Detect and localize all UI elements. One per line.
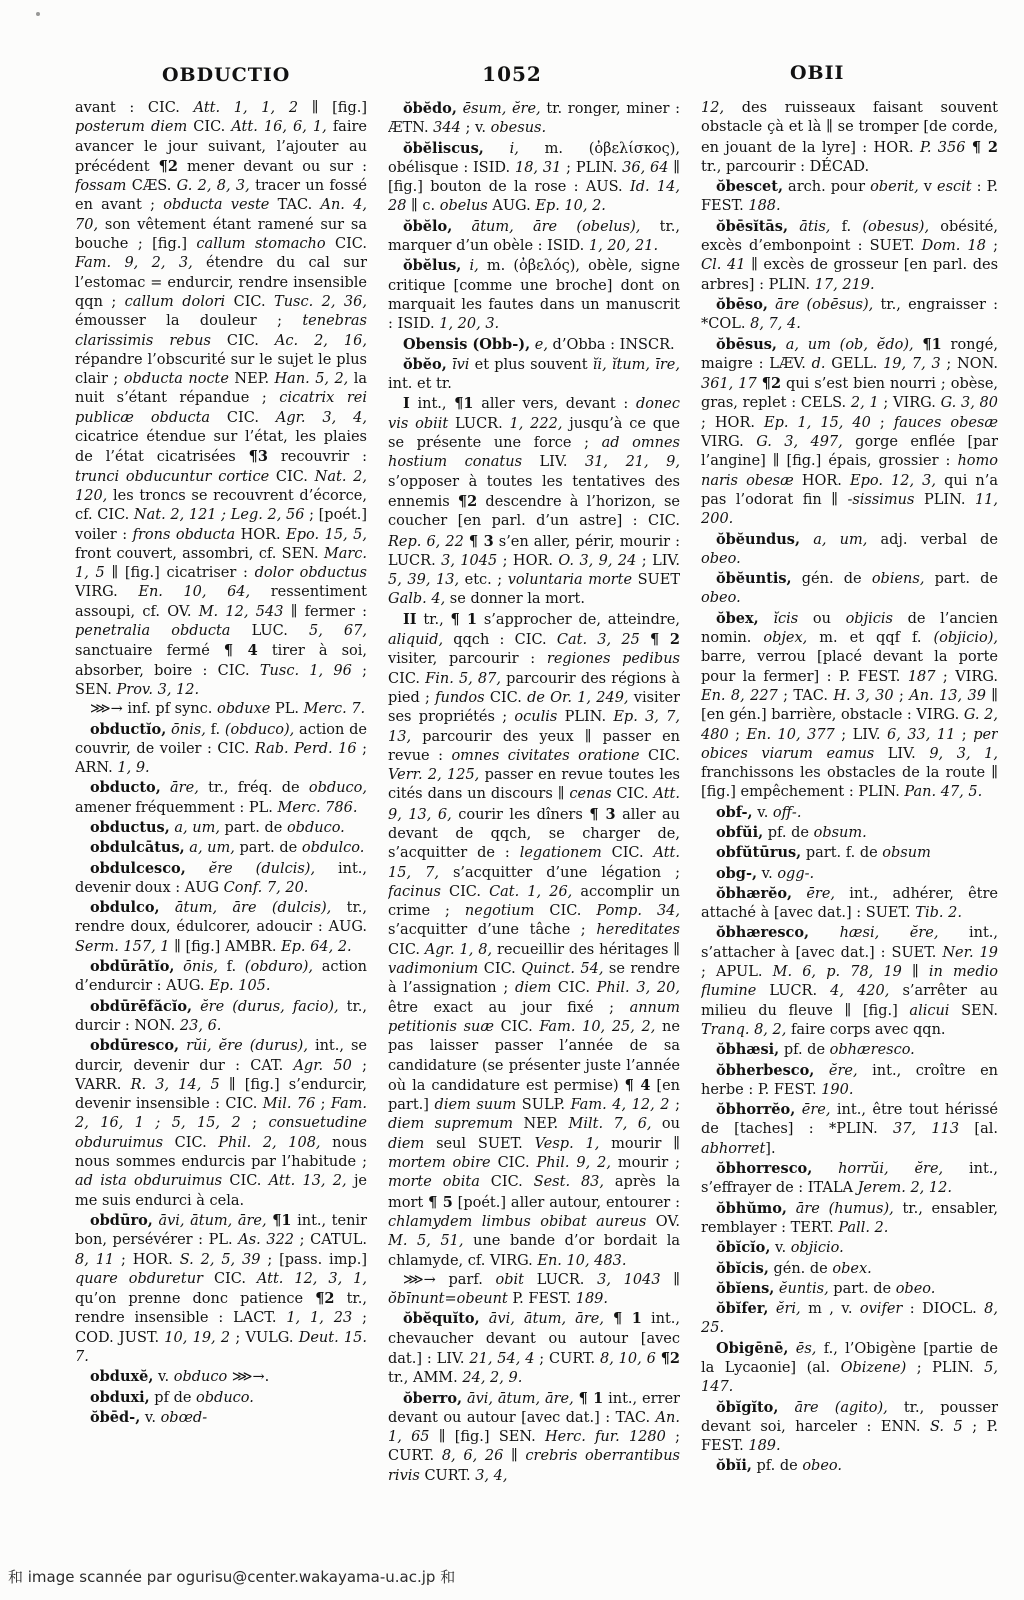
- entry-text: gén. de: [769, 1261, 833, 1277]
- latin-citation: 3, 1045: [441, 553, 497, 569]
- entry-text: ;: [241, 1115, 269, 1131]
- entry-text: [788, 219, 799, 235]
- entry-text: adj. verbal de: [867, 532, 998, 548]
- latin-citation: ēs,: [796, 1341, 817, 1357]
- entry-text: [759, 611, 774, 627]
- latin-citation: Ep. 1, 15, 40: [764, 415, 871, 431]
- dictionary-entry: ŏbherbesco, ĕre, int., croître en herbe …: [701, 1061, 998, 1101]
- latin-citation: Ep. 105.: [209, 978, 270, 994]
- entry-text: LUCR.: [448, 416, 509, 432]
- latin-citation: obducta veste: [163, 197, 269, 213]
- latin-citation: 190.: [821, 1082, 853, 1098]
- latin-citation: escit: [937, 179, 972, 195]
- latin-citation: obelus: [440, 198, 488, 214]
- entry-text: part. de: [220, 820, 287, 836]
- latin-citation: a, um,: [174, 820, 220, 836]
- headword: obdulcātus,: [90, 839, 185, 856]
- latin-citation: Prov. 3, 12.: [117, 682, 200, 698]
- latin-citation: callum dolori: [125, 294, 226, 310]
- latin-citation: Han. 5, 2,: [275, 371, 349, 387]
- latin-citation: 4, 420,: [830, 983, 889, 999]
- latin-citation: īvi: [452, 357, 469, 373]
- latin-citation: ōnis,: [183, 959, 218, 975]
- entry-text: ;: [315, 1096, 331, 1112]
- latin-citation: En. 10, 64,: [138, 584, 250, 600]
- headword: obdūresco,: [90, 1037, 179, 1054]
- latin-citation: 3, 4,: [475, 1468, 507, 1484]
- entry-text: f.: [218, 959, 245, 975]
- dictionary-entry: ŏbēsus, a, um (ob, ĕdo), ¶1 rongé, maigr…: [701, 335, 998, 530]
- entry-text: HOR.: [794, 473, 850, 489]
- section-mark: ¶ 1: [451, 611, 478, 628]
- entry-text: sanctuaire fermé: [75, 643, 224, 659]
- latin-citation: 188.: [748, 198, 780, 214]
- entry-text: [809, 925, 840, 941]
- latin-citation: legationem: [520, 845, 602, 861]
- page-number: 1052: [482, 62, 542, 86]
- dictionary-entry: ŏbĭcis, gén. de obex.: [701, 1259, 998, 1279]
- latin-citation: ogg-.: [777, 866, 814, 882]
- dictionary-entry: Obensis (Obb-), e, d’Obba : INSCR.: [388, 335, 680, 355]
- entry-text: GELL.: [826, 356, 884, 372]
- entry-text: part. f. de: [801, 845, 882, 861]
- entry-text: CIC.: [326, 236, 367, 252]
- latin-citation: fossam: [75, 178, 126, 194]
- section-mark: ¶2: [661, 1350, 680, 1367]
- latin-citation: 10, 19, 2: [164, 1330, 230, 1346]
- dictionary-entry: ŏbĕliscus, i, m. (ὀβελίσκος), obélisque …: [388, 139, 680, 217]
- latin-citation: objex,: [763, 630, 807, 646]
- headword: obduxĕ,: [90, 1368, 153, 1385]
- section-mark: ¶ 4: [625, 1077, 651, 1094]
- latin-citation: G. 3, 497,: [756, 434, 843, 450]
- latin-citation: obsum: [882, 845, 931, 861]
- entry-text: être exact au jour fixé ;: [388, 1000, 630, 1016]
- latin-citation: off-.: [773, 805, 802, 821]
- section-mark: ¶ 2: [650, 631, 680, 648]
- entry-text: SUET: [632, 572, 680, 588]
- entry-text: [174, 959, 183, 975]
- entry-text: ;: [894, 688, 910, 704]
- entry-text: recueillir des héritages ∥: [492, 942, 680, 958]
- latin-citation: Att. 1, 1, 2: [194, 100, 298, 116]
- headword: ŏbēsus,: [716, 336, 777, 353]
- headword: obductus,: [90, 819, 170, 836]
- headword: ŏbĭi,: [716, 1457, 752, 1474]
- entry-text: v.: [140, 1410, 160, 1426]
- entry-text: ⋙→.: [227, 1369, 269, 1385]
- scan-speck: [36, 12, 40, 16]
- latin-citation: de Or. 1, 249,: [527, 690, 628, 706]
- latin-citation: diem: [515, 980, 551, 996]
- entry-text: [poét.] aller autour, entourer :: [453, 1195, 680, 1211]
- dictionary-entry: obf-, v. off-.: [701, 803, 998, 823]
- entry-text: v.: [153, 1369, 173, 1385]
- latin-citation: Verr. 2, 125,: [388, 767, 479, 783]
- dictionary-entry: obdulco, ātum, āre (dulcis), tr., rendre…: [75, 898, 367, 957]
- latin-citation: 31, 21, 9,: [585, 454, 680, 470]
- entry-text: d’Obba : INSCR.: [548, 337, 675, 353]
- latin-citation: M. 5, 51,: [388, 1233, 464, 1249]
- dictionary-entry: obfŭi, pf. de obsum.: [701, 823, 998, 843]
- dictionary-entry: ŏbhŭmo, āre (humus), tr., ensabler, remb…: [701, 1199, 998, 1239]
- latin-citation: ĭi, ĭtum, īre,: [593, 357, 680, 373]
- latin-citation: Cat. 1, 26,: [489, 884, 572, 900]
- entry-text: [800, 532, 813, 548]
- latin-citation: ātum, āre (obelus),: [472, 219, 641, 235]
- entry-text: v.: [753, 805, 773, 821]
- headword: ŏbĕlus,: [403, 257, 461, 274]
- headword: ŏbĕdo,: [403, 100, 457, 117]
- headword: obdulco,: [90, 899, 160, 916]
- latin-citation: oculis: [514, 709, 557, 725]
- entry-text: ; VIRG.: [879, 395, 941, 411]
- latin-citation: Cl. 41: [701, 257, 745, 273]
- latin-citation: Fam. 10, 25, 2,: [539, 1019, 655, 1035]
- entry-text: int.,: [410, 396, 454, 412]
- entry-text: CURT.: [420, 1468, 475, 1484]
- latin-citation: ēre,: [806, 886, 835, 902]
- latin-citation: morte obita: [388, 1174, 480, 1190]
- entry-text: ; PLIN.: [561, 160, 622, 176]
- entry-text: int. et tr.: [388, 376, 452, 392]
- entry-text: LUCR.: [756, 983, 830, 999]
- entry-text: : DIOCL.: [902, 1301, 984, 1317]
- section-mark: ¶ 4: [224, 642, 258, 659]
- latin-citation: -sissimus: [847, 492, 914, 508]
- section-mark: ¶ 3: [469, 533, 494, 550]
- section-mark: ¶1: [454, 395, 473, 412]
- headword: ŏbĕquĭto,: [403, 1310, 480, 1327]
- latin-citation: ēre,: [802, 1102, 831, 1118]
- headword: obf-,: [716, 804, 753, 821]
- section-mark: ¶ 2: [972, 139, 998, 156]
- dictionary-entry: ŏbescet, arch. pour oberit, v escit : P.…: [701, 177, 998, 217]
- latin-citation: alicui: [909, 1003, 949, 1019]
- entry-text: CIC.: [269, 469, 315, 485]
- entry-text: [777, 337, 786, 353]
- dictionary-entry: ŏbĕuntis, gén. de obiens, part. de obeo.: [701, 569, 998, 609]
- section-mark: ¶1: [922, 336, 941, 353]
- latin-citation: obœd-: [161, 1410, 208, 1426]
- entry-text: LIV.: [522, 454, 585, 470]
- entry-text: ; TAC.: [778, 688, 834, 704]
- entry-text: s’acquitter d’une légation ;: [439, 865, 680, 881]
- latin-citation: horrŭi, ĕre,: [838, 1161, 943, 1177]
- headword: obdūrēfăcĭo,: [90, 998, 192, 1015]
- entry-text: mourir ;: [611, 1155, 680, 1171]
- dictionary-entry: obdūrātĭo, ōnis, f. (obduro), action d’e…: [75, 957, 367, 997]
- latin-citation: 8, 6, 26: [442, 1448, 504, 1464]
- entry-text: CIC.: [441, 884, 489, 900]
- latin-citation: 361, 17: [701, 376, 757, 392]
- latin-citation: posterum diem: [75, 119, 187, 135]
- entry-text: front couvert, assombri, cf. SEN.: [75, 546, 324, 562]
- latin-citation: 17, 219.: [815, 277, 875, 293]
- entry-text: ∥: [661, 1272, 680, 1288]
- headword: ŏbĭcĭo,: [716, 1239, 770, 1256]
- latin-citation: i,: [469, 258, 478, 274]
- dictionary-entry: ŏbĕdo, ēsum, ĕre, tr. ronger, miner : ÆT…: [388, 99, 680, 139]
- latin-citation: rŭi, ĕre (durus),: [186, 1038, 308, 1054]
- latin-citation: i,: [510, 141, 519, 157]
- latin-citation: Epo. 15, 5,: [286, 527, 367, 543]
- entry-text: CIC.: [210, 410, 276, 426]
- entry-text: v: [919, 179, 937, 195]
- entry-text: pf. de: [763, 825, 813, 841]
- headword: ŏbĭfer,: [716, 1300, 768, 1317]
- entry-text: CIC.: [640, 748, 680, 764]
- entry-text: [814, 1063, 829, 1079]
- running-head-left: OBDUCTIO: [162, 64, 290, 86]
- latin-citation: a, um (ob, ĕdo),: [786, 337, 914, 353]
- latin-citation: ātis,: [799, 219, 830, 235]
- latin-citation: āre (agito),: [794, 1400, 887, 1416]
- column-2: ŏbĕdo, ēsum, ĕre, tr. ronger, miner : ÆT…: [388, 99, 680, 1537]
- latin-citation: obduco.: [287, 820, 345, 836]
- latin-citation: penetralia obducta: [75, 623, 230, 639]
- latin-citation: Nat. 2, 121 ; Leg. 2, 56: [134, 507, 305, 523]
- entry-text: pf. de: [779, 1042, 829, 1058]
- latin-citation: Merc. 7.: [304, 701, 366, 717]
- entry-text: OV.: [646, 1214, 680, 1230]
- entry-text: ; CURT.: [534, 1351, 600, 1367]
- entry-text: AUG.: [488, 198, 536, 214]
- latin-citation: āre,: [170, 780, 199, 796]
- latin-citation: 19, 7, 3: [883, 356, 941, 372]
- dictionary-entry: ŏbĕquĭto, āvi, ātum, āre, ¶ 1 int., chev…: [388, 1309, 680, 1388]
- dictionary-entry: obductus, a, um, part. de obduco.: [75, 818, 367, 838]
- latin-citation: Ep. 64, 2.: [281, 939, 352, 955]
- latin-citation: abhorret: [701, 1141, 765, 1157]
- dictionary-entry: obdulcātus, a, um, part. de obdulco.: [75, 838, 367, 858]
- headword: obduxi,: [90, 1389, 150, 1406]
- headword: obfŭtūrus,: [716, 844, 801, 861]
- section-mark: ¶1: [272, 1212, 291, 1229]
- entry-text: tr., fréq. de: [199, 780, 309, 796]
- latin-citation: R. 3, 14, 5: [131, 1077, 220, 1093]
- entry-text: ; [pass. imp.]: [260, 1252, 367, 1268]
- latin-citation: callum stomacho: [196, 236, 325, 252]
- entry-text: PLIN.: [557, 709, 613, 725]
- headword: ŏbĭcis,: [716, 1260, 769, 1277]
- entry-text: m. et qqf f.: [807, 630, 933, 646]
- latin-citation: 1, 222,: [510, 416, 563, 432]
- latin-citation: obesus.: [491, 120, 546, 136]
- entry-text: CIC.: [494, 1019, 539, 1035]
- latin-citation: 2, 1: [851, 395, 879, 411]
- dictionary-entry: obdūro, āvi, ātum, āre, ¶1 int., tenir b…: [75, 1211, 367, 1367]
- entry-text: VIRG.: [701, 434, 756, 450]
- dictionary-entry: ŏbhæresco, hæsi, ĕre, int., s’attacher à…: [701, 923, 998, 1040]
- entry-text: CIC.: [485, 690, 527, 706]
- latin-citation: Ner. 19: [942, 945, 998, 961]
- dictionary-entry: ŏbhorrĕo, ēre, int., être tout hérissé d…: [701, 1100, 998, 1159]
- latin-citation: 24, 2, 9.: [462, 1370, 522, 1386]
- dictionary-entry: ŏbĕlus, i, m. (ὀβελός), obèle, signe cri…: [388, 256, 680, 334]
- latin-citation: mortem obire: [388, 1155, 491, 1171]
- headword: ŏbhorrĕo,: [716, 1101, 795, 1118]
- latin-citation: Rab. Perd. 16: [255, 741, 357, 757]
- entry-text: [788, 1341, 795, 1357]
- latin-citation: ŏbīnunt=obeunt: [388, 1291, 508, 1307]
- entry-text: ; LIV.: [636, 553, 680, 569]
- latin-citation: Jerem. 2, 12.: [858, 1180, 952, 1196]
- entry-text: ∥: [503, 1448, 525, 1464]
- latin-citation: Ac. 2, 16,: [275, 333, 367, 349]
- entry-text: etc. ;: [459, 572, 508, 588]
- latin-citation: dolor obductus: [255, 565, 367, 581]
- latin-citation: An. 13, 39: [909, 688, 986, 704]
- latin-citation: Pomp. 34,: [596, 903, 680, 919]
- latin-citation: ĕre (durus, facio),: [200, 999, 339, 1015]
- entry-text: CIC.: [534, 903, 596, 919]
- headword: obducto,: [90, 779, 161, 796]
- entry-text: [768, 1301, 775, 1317]
- entry-text: ;: [670, 1097, 680, 1113]
- latin-citation: H. 3, 30: [833, 688, 893, 704]
- entry-text: avant : CIC.: [75, 100, 194, 116]
- latin-citation: obhæresco.: [830, 1042, 915, 1058]
- headword: ŏbĭgĭto,: [716, 1399, 778, 1416]
- dictionary-entry: 12, des ruisseaux faisant souvent obstac…: [701, 99, 998, 177]
- dictionary-entry: ŏbhæsi, pf. de obhæresco.: [701, 1040, 998, 1060]
- latin-citation: Milt. 7, 6,: [569, 1116, 652, 1132]
- latin-citation: objicis: [846, 611, 893, 627]
- latin-citation: vadimonium: [388, 961, 478, 977]
- latin-citation: En. 10, 483.: [537, 1253, 626, 1269]
- section-mark: ¶ 1: [579, 1390, 604, 1407]
- latin-citation: (objicio),: [933, 630, 998, 646]
- latin-citation: obex.: [832, 1261, 871, 1277]
- latin-citation: En. 8, 227: [701, 688, 778, 704]
- entry-text: pf de: [150, 1390, 196, 1406]
- dictionary-entry: obdulcesco, ĕre (dulcis), int., devenir …: [75, 859, 367, 899]
- headword: ŏbhærĕo,: [716, 885, 792, 902]
- dictionary-entry: ŏbhorresco, horrŭi, ĕre, int., s’effraye…: [701, 1159, 998, 1199]
- entry-text: ;: [986, 238, 998, 254]
- latin-citation: Tranq. 8, 2,: [701, 1022, 786, 1038]
- latin-citation: 189.: [748, 1438, 780, 1454]
- entry-text: f.: [830, 219, 862, 235]
- latin-citation: O. 3, 9, 24: [558, 553, 636, 569]
- headword: ŏbĕliscus,: [403, 140, 484, 157]
- entry-text: ∥ fermer :: [283, 604, 367, 620]
- latin-citation: ad ista obduruimus: [75, 1173, 222, 1189]
- entry-text: émousser la douleur ;: [75, 313, 302, 329]
- headword: obg-,: [716, 865, 757, 882]
- entry-text: part. de: [235, 840, 302, 856]
- headword: ŏberro,: [403, 1390, 462, 1407]
- entry-text: LIV.: [874, 746, 929, 762]
- latin-citation: S. 2, 5, 39: [180, 1252, 261, 1268]
- latin-citation: 6, 33, 11: [887, 727, 955, 743]
- latin-citation: Pall. 2.: [838, 1220, 888, 1236]
- entry-text: ; v.: [461, 120, 491, 136]
- entry-text: ; APUL.: [701, 964, 773, 980]
- latin-citation: S. 5: [930, 1419, 963, 1435]
- entry-text: VIRG.: [75, 584, 138, 600]
- latin-citation: hæsi, ĕre,: [840, 925, 939, 941]
- headword: ŏbex,: [716, 610, 759, 627]
- dictionary-entry: obdūrēfăcĭo, ĕre (durus, facio), tr., du…: [75, 997, 367, 1037]
- entry-text: pf. de: [752, 1458, 802, 1474]
- column-1: avant : CIC. Att. 1, 1, 2 ∥ [fig.] poste…: [75, 99, 367, 1537]
- latin-citation: Tusc. 2, 36,: [274, 294, 367, 310]
- latin-citation: objicio.: [791, 1240, 844, 1256]
- latin-citation: obdulco.: [302, 840, 364, 856]
- entry-text: CIC.: [478, 961, 521, 977]
- entry-text: P. FEST.: [508, 1291, 576, 1307]
- headword: ŏbĕlo,: [403, 218, 452, 235]
- latin-citation: Vesp. 1,: [535, 1136, 600, 1152]
- latin-citation: hereditates: [596, 922, 680, 938]
- latin-citation: 189.: [576, 1291, 608, 1307]
- entry-text: CIC.: [163, 1135, 218, 1151]
- latin-citation: facinus: [388, 884, 441, 900]
- page-header: OBDUCTIO 1052 OBII: [0, 62, 1024, 92]
- entry-text: SULP.: [516, 1097, 570, 1113]
- dictionary-entry: I int., ¶1 aller vers, devant : donec vi…: [388, 394, 680, 609]
- latin-citation: Agr. 3, 4,: [276, 410, 367, 426]
- dictionary-entry: ŏbēso, āre (obēsus), tr., engraisser : *…: [701, 295, 998, 335]
- entry-text: mener devant ou sur :: [178, 159, 367, 175]
- latin-citation: chlamydem limbus obibat aureus: [388, 1214, 646, 1230]
- dictionary-entry: ŏbĕundus, a, um, adj. verbal de obeo.: [701, 530, 998, 570]
- latin-citation: M. 6, p. 78, 19: [773, 964, 902, 980]
- latin-citation: 344: [433, 120, 461, 136]
- latin-citation: ĕuntis,: [779, 1281, 829, 1297]
- dictionary-entry: ŏbĭgĭto, āre (agito), tr., pousser devan…: [701, 1398, 998, 1457]
- entry-text: ;: [955, 727, 973, 743]
- latin-citation: obeo.: [701, 590, 741, 606]
- entry-text: [161, 780, 170, 796]
- latin-citation: obiens,: [872, 571, 925, 587]
- latin-citation: a, um,: [189, 840, 235, 856]
- latin-citation: fundos: [435, 690, 485, 706]
- entry-text: ; PLIN.: [906, 1360, 984, 1376]
- latin-citation: Obizene): [841, 1360, 907, 1376]
- entry-text: aller vers, devant :: [474, 396, 636, 412]
- entry-text: qqch : CIC.: [443, 632, 557, 648]
- latin-citation: M. 12, 543: [199, 604, 284, 620]
- entry-text: arch. pour: [783, 179, 870, 195]
- entry-text: HOR.: [235, 527, 286, 543]
- dictionary-entry: ŏbĕlo, ātum, āre (obelus), tr., marquer …: [388, 217, 680, 257]
- latin-citation: Dom. 18: [922, 238, 986, 254]
- latin-citation: 8, 11: [75, 1252, 114, 1268]
- latin-citation: Serm. 157, 1: [75, 939, 170, 955]
- entry-text: [al.: [959, 1121, 998, 1137]
- latin-citation: 9, 3, 1,: [929, 746, 998, 762]
- latin-citation: frons obducta: [133, 527, 236, 543]
- latin-citation: Agr. 50: [293, 1058, 351, 1074]
- entry-text: CIC.: [388, 942, 425, 958]
- entry-text: tr., AMM.: [388, 1370, 462, 1386]
- latin-citation: aliquid,: [388, 632, 443, 648]
- latin-citation: omnes civitates oratione: [451, 748, 639, 764]
- latin-citation: ĕre (dulcis),: [209, 861, 315, 877]
- latin-citation: Att. 16, 6, 1,: [231, 119, 326, 135]
- entry-text: f.: [206, 722, 225, 738]
- latin-citation: quare obduretur: [75, 1271, 203, 1287]
- latin-citation: Tib. 2.: [915, 905, 962, 921]
- section-mark: ¶2: [159, 158, 178, 175]
- latin-citation: a, um,: [813, 532, 867, 548]
- entry-text: ; HOR.: [114, 1252, 180, 1268]
- latin-citation: obducta nocte: [124, 371, 229, 387]
- entry-text: ∥: [902, 964, 929, 980]
